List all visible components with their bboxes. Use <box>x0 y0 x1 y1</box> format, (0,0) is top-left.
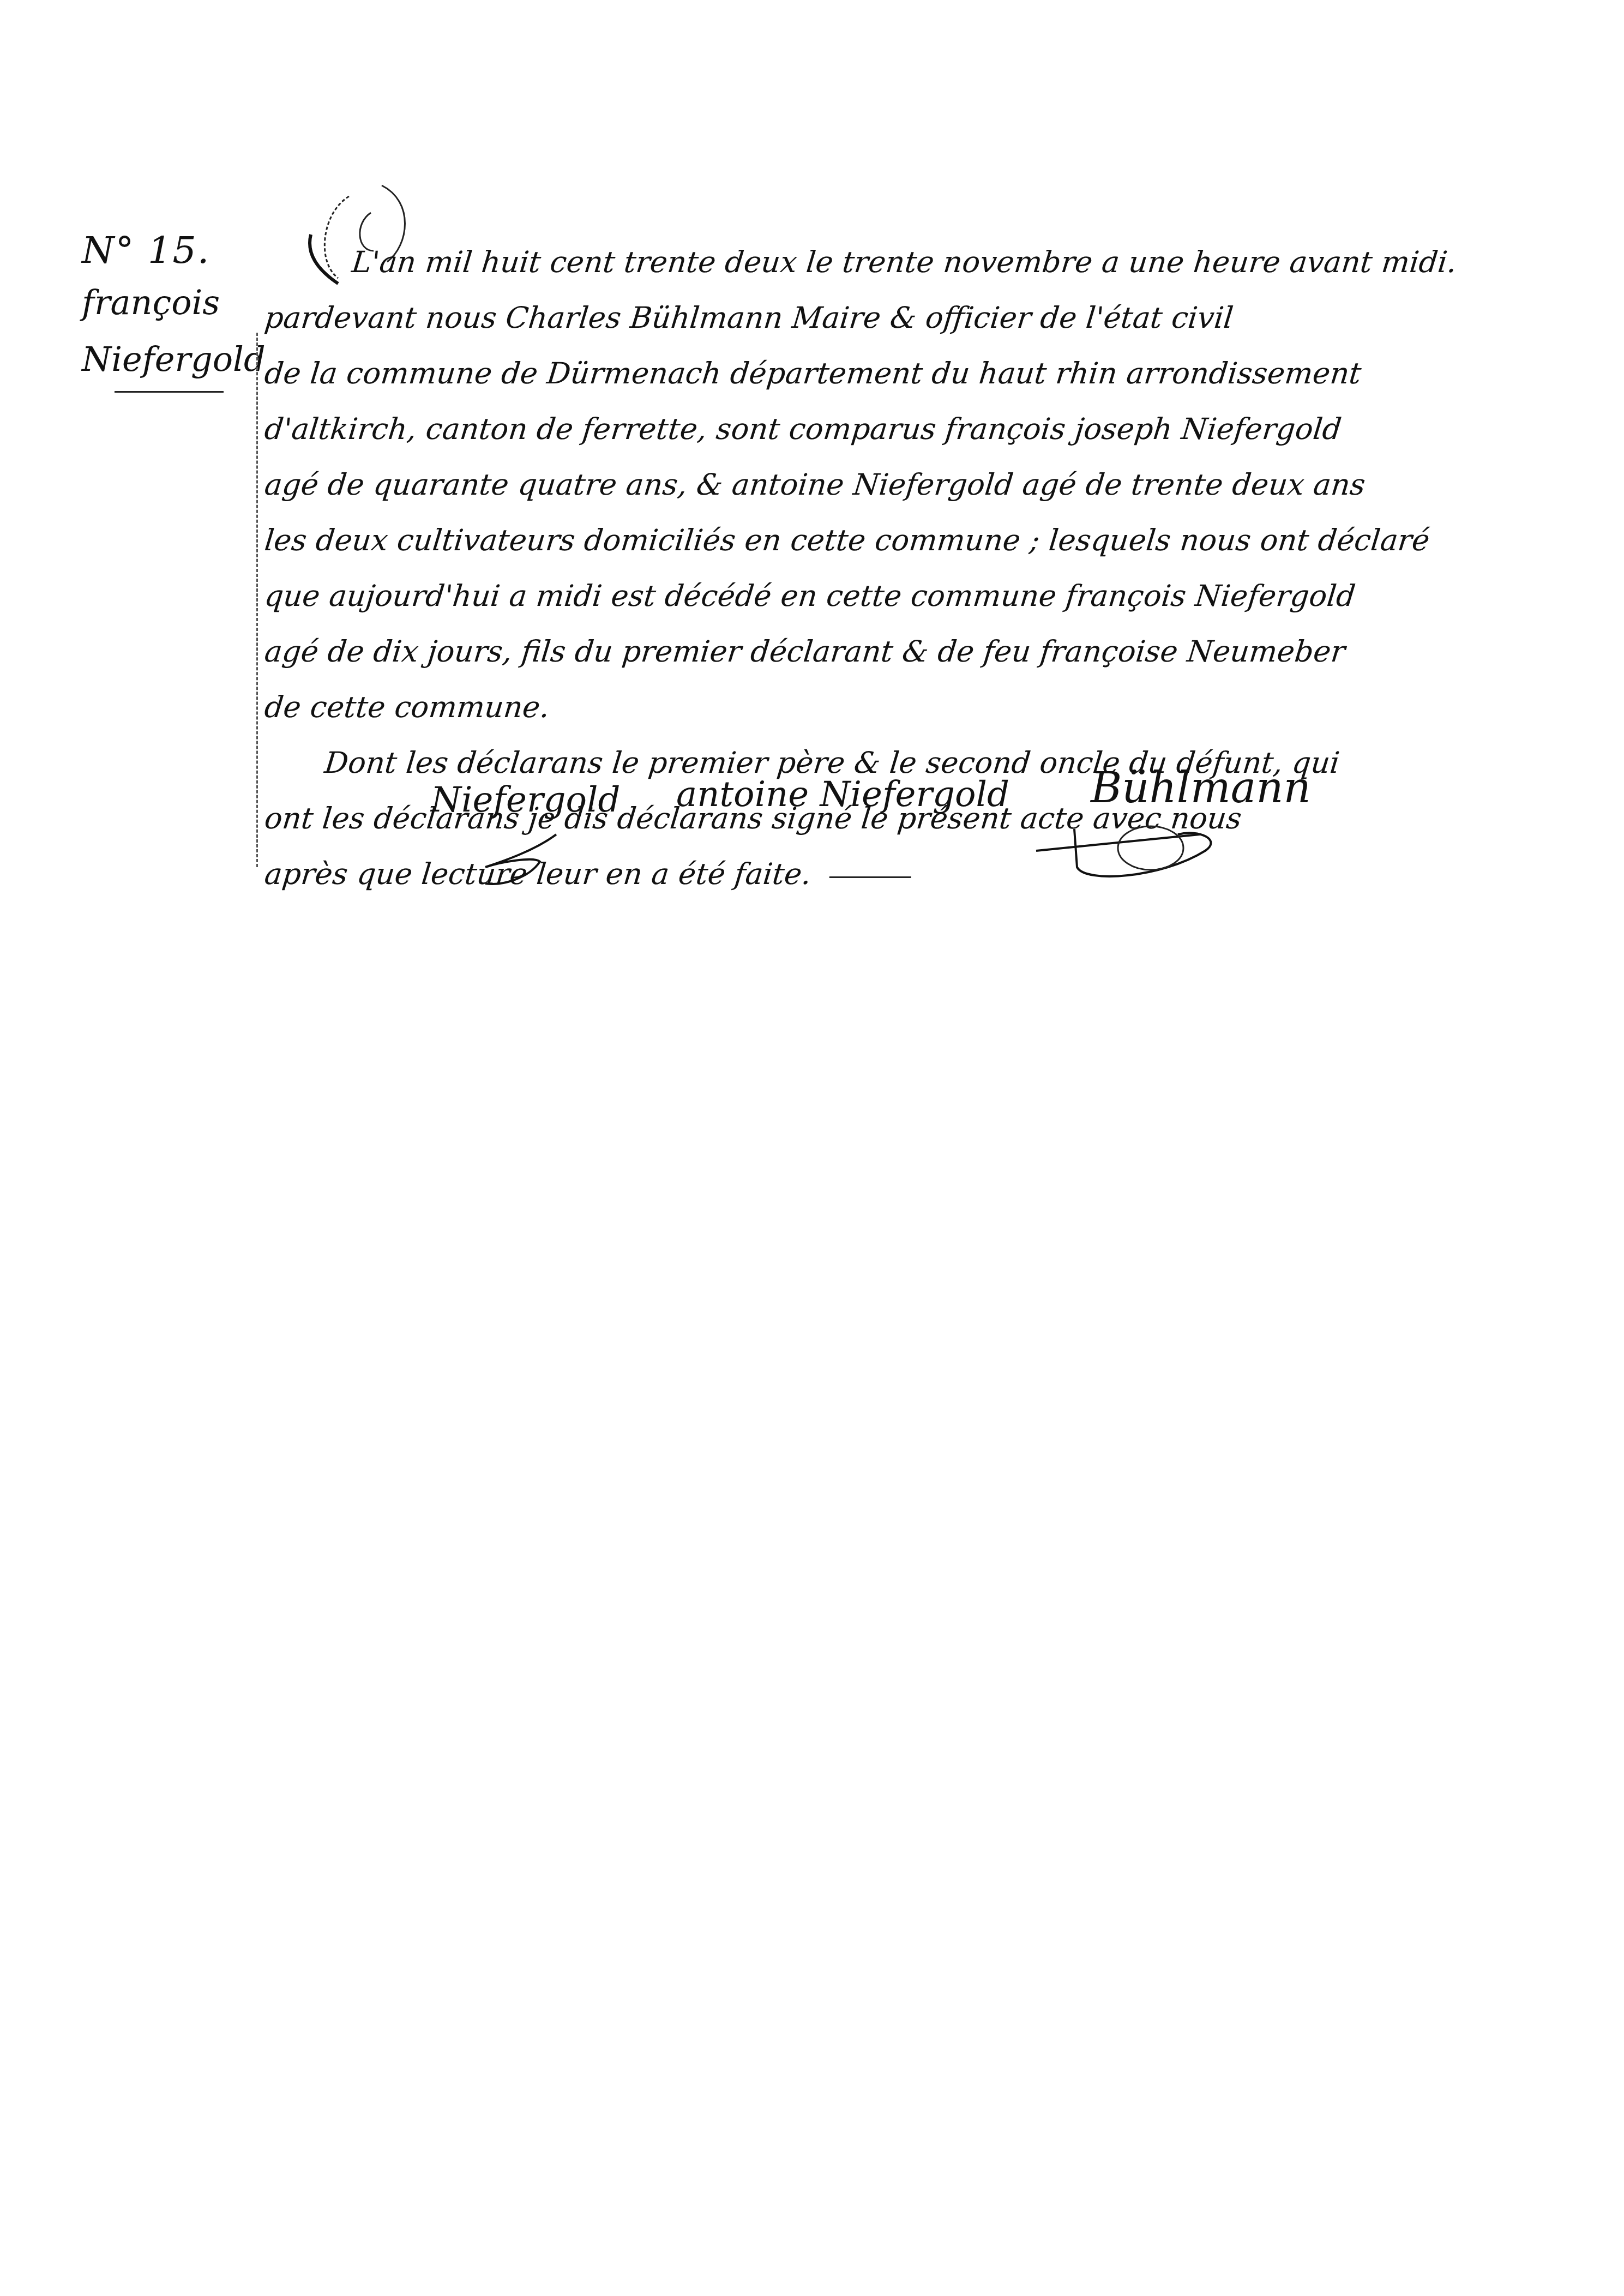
signature-uncle: antoine Niefergold <box>676 774 1009 815</box>
signature-paraph-icon <box>469 824 578 889</box>
margin-underline <box>115 391 224 393</box>
record-line: agé de quarante quatre ans, & antoine Ni… <box>262 457 1587 513</box>
margin-annotation: N° 15. françois Niefergold <box>82 229 256 393</box>
signature-block: Niefergold antoine Niefergold Bühlmann <box>0 764 1624 883</box>
record-line: pardevant nous Charles Bühlmann Maire & … <box>262 290 1587 346</box>
deceased-first-name: françois <box>82 277 256 329</box>
record-line: agé de dix jours, fils du premier déclar… <box>262 624 1587 680</box>
record-number: N° 15. <box>82 229 256 272</box>
record-line: les deux cultivateurs domiciliés en cett… <box>262 513 1587 568</box>
record-line: L'an mil huit cent trente deux le trente… <box>262 235 1587 290</box>
record-line: de la commune de Dürmenach département d… <box>262 346 1587 401</box>
mayor-paraph-icon <box>1025 796 1309 883</box>
signature-father: Niefergold <box>431 780 620 820</box>
record-line: de cette commune. <box>262 680 1587 735</box>
deceased-surname: Niefergold <box>82 333 256 386</box>
document-page: N° 15. françois Niefergold L'an mil huit… <box>0 0 1624 2296</box>
record-line: d'altkirch, canton de ferrette, sont com… <box>262 401 1587 457</box>
record-line: que aujourd'hui a midi est décédé en cet… <box>262 568 1587 624</box>
